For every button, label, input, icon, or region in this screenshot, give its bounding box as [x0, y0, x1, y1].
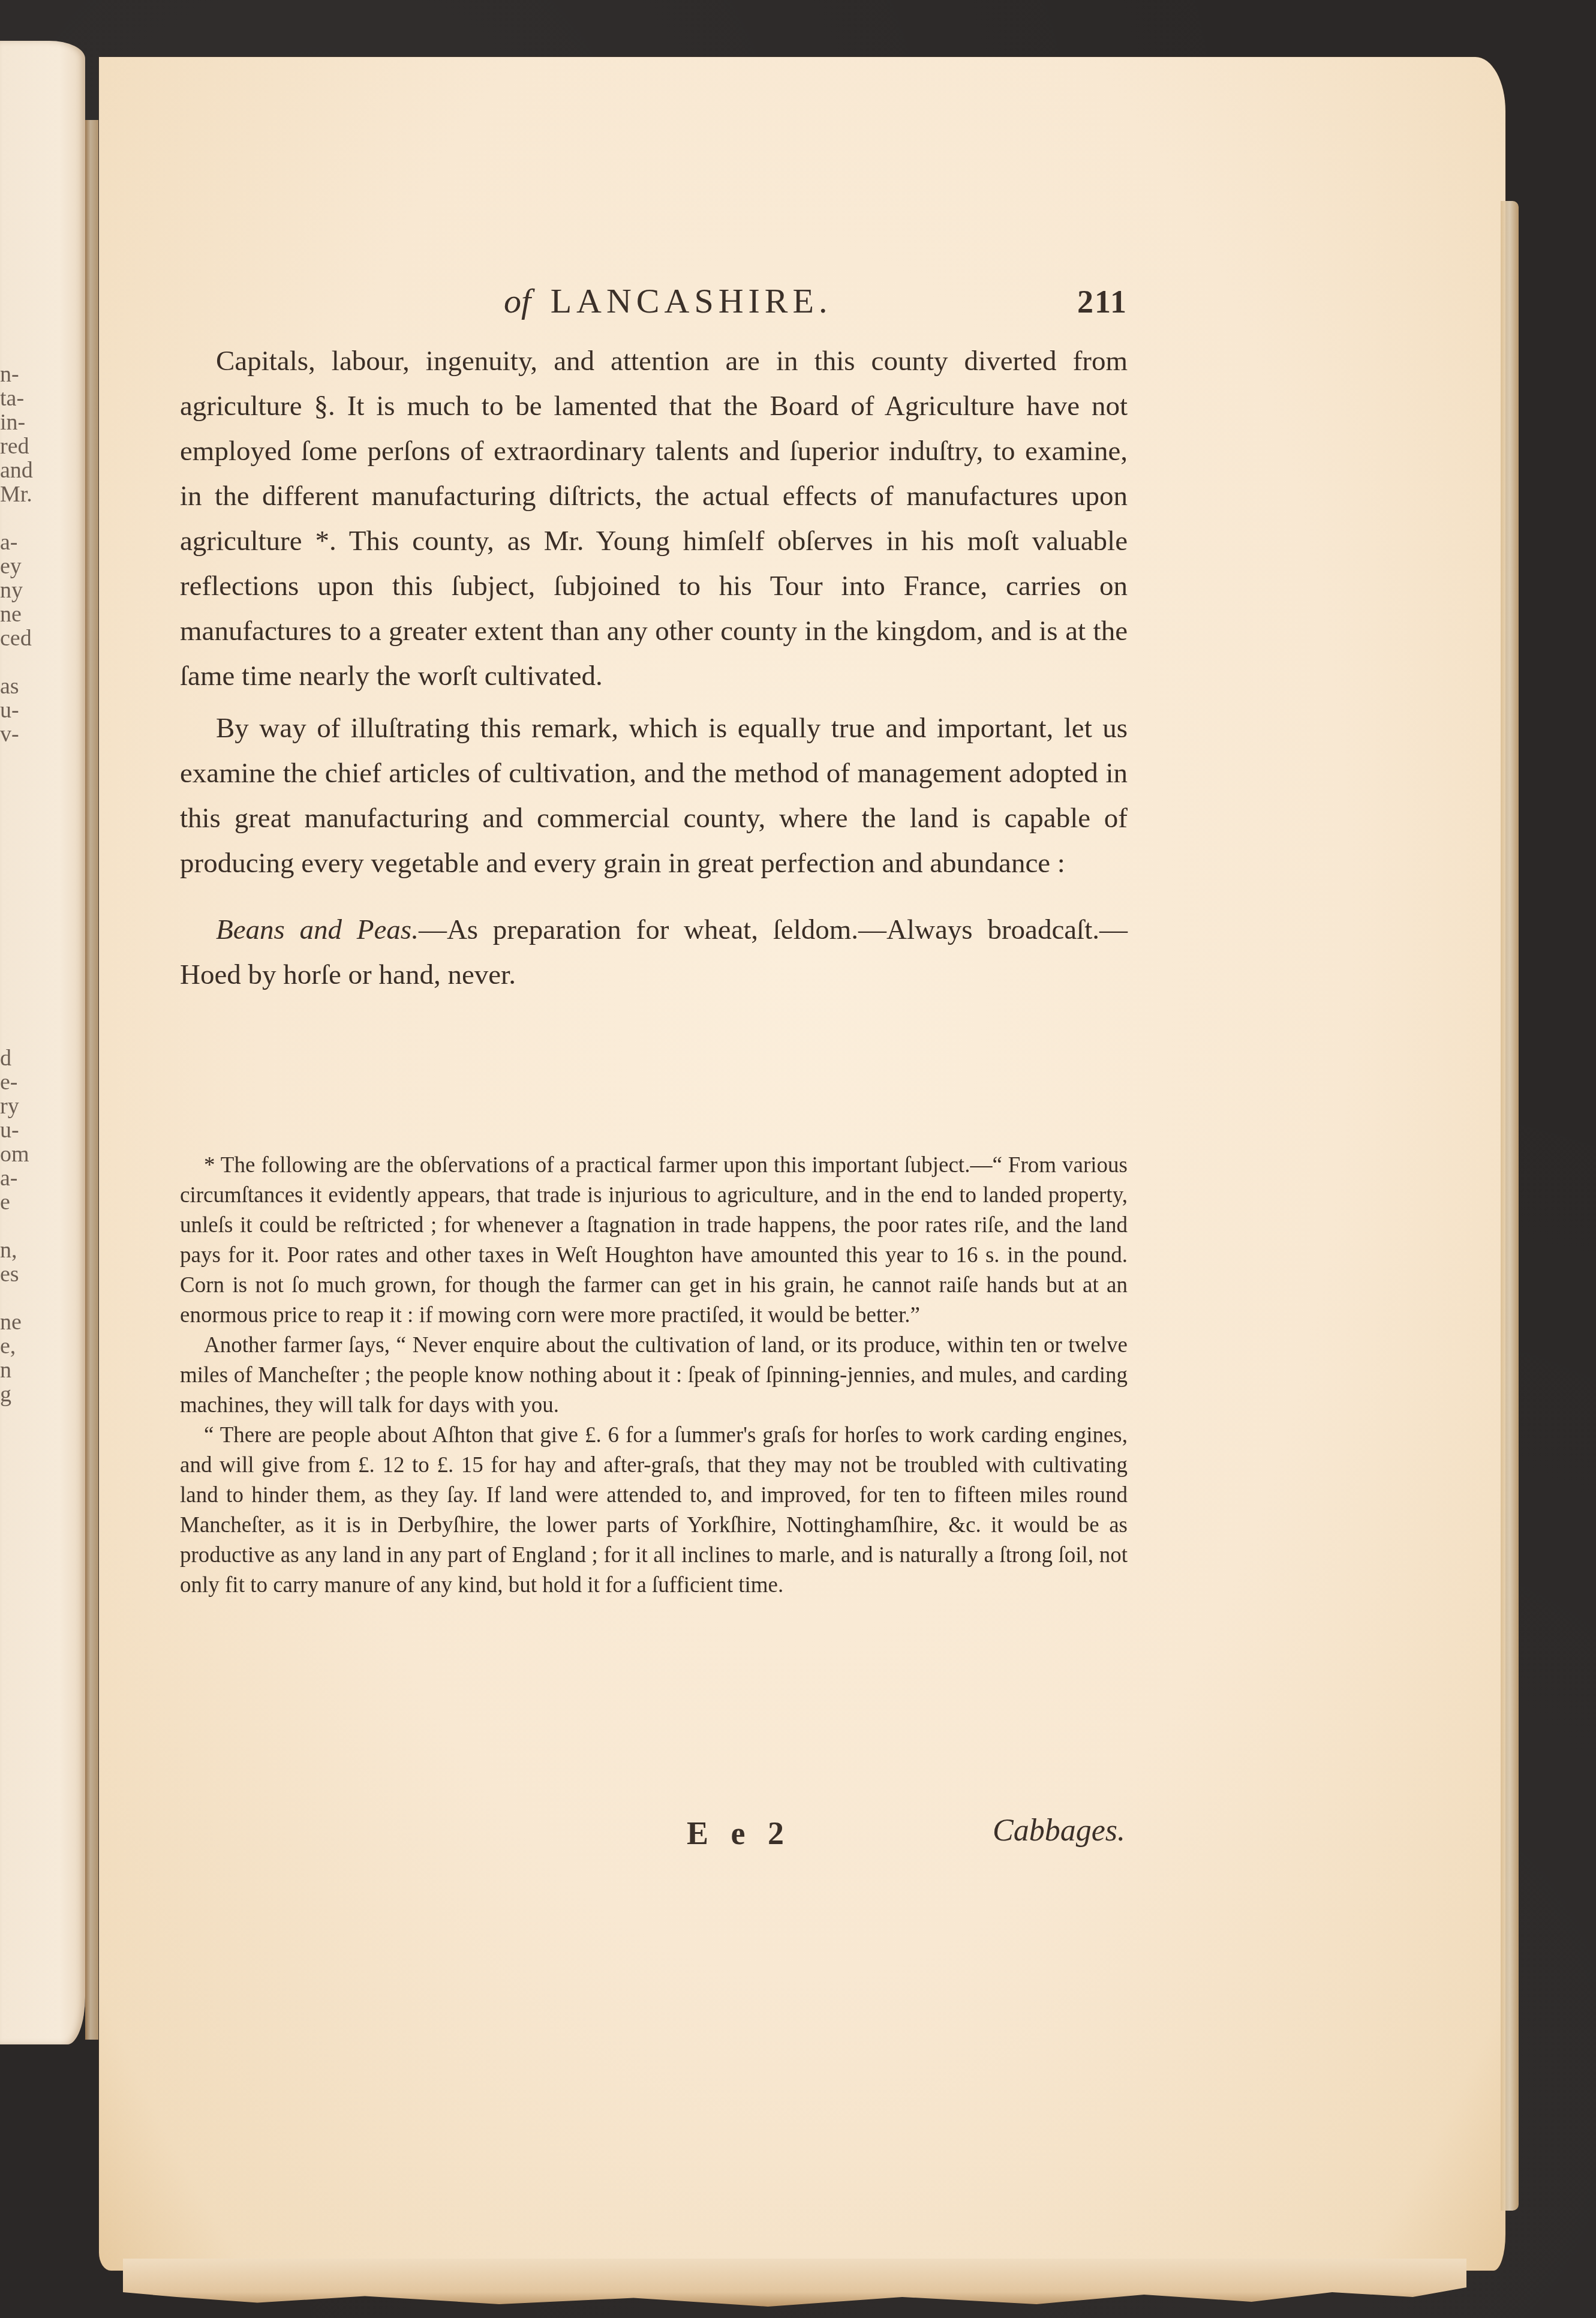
body-paragraph: By way of illuſtrating this remark, whic… [180, 706, 1128, 886]
facing-page-fragment: ny [0, 579, 23, 602]
facing-page-fragment: in- [0, 411, 25, 434]
facing-page-fragment: g [0, 1383, 11, 1406]
facing-page-fragment: ne [0, 603, 22, 626]
running-title-text: LANCASHIRE. [551, 281, 832, 320]
book-gutter [85, 120, 98, 2040]
signature-mark: E e 2 [687, 1815, 791, 1852]
footnotes: * The following are the obſervations of … [180, 1151, 1128, 1601]
facing-page-fragment: u- [0, 699, 19, 722]
facing-page-fragment: ry [0, 1095, 19, 1118]
facing-page-fragment: red [0, 435, 29, 458]
facing-page-fragment: v- [0, 723, 19, 746]
running-title-prefix: of [504, 281, 531, 320]
facing-page-left: n-ta-in-redandMr.a-eynynecedasu-v-de-ryu… [0, 41, 85, 2044]
facing-page-fragment: e- [0, 1071, 18, 1094]
facing-page-fragment: d [0, 1047, 11, 1070]
facing-page-fragment: es [0, 1263, 19, 1286]
catchword: Cabbages. [993, 1813, 1125, 1848]
facing-page-fragment: n, [0, 1239, 17, 1262]
body-paragraph: Capitals, labour, ingenuity, and attenti… [180, 339, 1128, 699]
page-edge-right [1501, 201, 1519, 2211]
facing-page-fragment: n [0, 1359, 11, 1382]
facing-page-fragment: e, [0, 1335, 16, 1358]
facing-page-fragment: Mr. [0, 483, 32, 506]
facing-page-fragment: e [0, 1191, 10, 1214]
running-head: of LANCASHIRE. 211 [180, 281, 1128, 329]
facing-page-fragment: ne [0, 1311, 22, 1334]
beans-and-peas-heading: Beans and Peas. [216, 914, 419, 945]
footnote: * The following are the obſervations of … [180, 1151, 1128, 1331]
facing-page-fragment: om [0, 1143, 29, 1166]
footnote: Another farmer ſays, “ Never enquire abo… [180, 1331, 1128, 1421]
facing-page-fragment: and [0, 459, 33, 482]
running-title: of LANCASHIRE. [504, 281, 832, 321]
page-number: 211 [1077, 283, 1128, 320]
facing-page-fragment: a- [0, 531, 18, 554]
facing-page-fragment: as [0, 675, 19, 698]
facing-page-fragment: ta- [0, 387, 24, 410]
beans-and-peas-entry: Beans and Peas.—As preparation for wheat… [180, 908, 1128, 998]
facing-page-fragment: ced [0, 627, 32, 650]
facing-page-fragment: u- [0, 1119, 19, 1142]
facing-page-fragment: n- [0, 363, 19, 386]
body-text: Capitals, labour, ingenuity, and attenti… [180, 339, 1128, 998]
footnote: “ There are people about Aſhton that giv… [180, 1421, 1128, 1601]
facing-page-fragment: ey [0, 555, 22, 578]
facing-page-fragment: a- [0, 1167, 18, 1190]
